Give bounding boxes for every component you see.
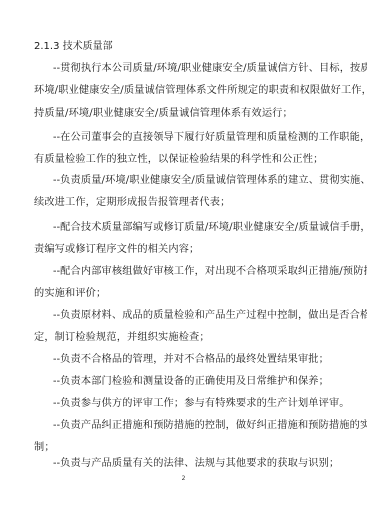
- paragraph-line: --负责质量/环境/职业健康安全/质量诚信管理体系的建立、贯彻实施、持: [53, 175, 336, 187]
- paragraph-line: 责编写或修订程序文件的相关内容；: [34, 244, 336, 256]
- paragraph-line: --负责原材料、成品的质量检验和产品生产过程中控制，做出是否合格的判: [53, 310, 336, 322]
- paragraph-line: 制；: [34, 442, 336, 454]
- paragraph-line: 环境/职业健康安全/质量诚信管理体系文件所规定的职责和权限做好工作，以保: [34, 85, 336, 97]
- paragraph-line: 的实施和评价；: [34, 288, 336, 300]
- paragraph-line: --负责产品纠正措施和预防措施的控制，做好纠正措施和预防措施的实施控: [53, 420, 336, 432]
- paragraph-line: --负责参与供方的评审工作；参与有特殊要求的生产计划单评审。: [53, 398, 336, 410]
- paragraph-line: --负责本部门检验和测量设备的正确使用及日常维护和保养；: [53, 376, 336, 388]
- paragraph-line: --配合内部审核组做好审核工作，对出现不合格项采取纠正措施/预防措施: [53, 266, 336, 278]
- section-heading: 2.1.3 技术质量部: [34, 41, 113, 53]
- paragraph-line: 定，制订检验规范，并组织实施检查；: [34, 332, 336, 344]
- paragraph-line: --负责与产品质量有关的法律、法规与其他要求的获取与识别；: [53, 458, 336, 470]
- paragraph-line: 有质量检验工作的独立性，以保证检验结果的科学性和公正性；: [34, 154, 336, 166]
- paragraph-line: 续改进工作，定期形成报告报管理者代表；: [34, 197, 336, 209]
- paragraph-line: --负责不合格品的管理，并对不合格品的最终处置结果审批；: [53, 354, 336, 366]
- paragraph-line: --贯彻执行本公司质量/环境/职业健康安全/质量诚信方针、目标，按质量/: [53, 63, 336, 75]
- paragraph-line: 持质量/环境/职业健康安全/质量诚信管理体系有效运行；: [34, 108, 336, 120]
- page-number: 2: [0, 475, 367, 482]
- document-page: 2.1.3 技术质量部 --贯彻执行本公司质量/环境/职业健康安全/质量诚信方针…: [0, 0, 367, 519]
- paragraph-line: --在公司董事会的直接领导下履行好质量管理和质量检测的工作职能，并具: [53, 132, 336, 144]
- paragraph-line: --配合技术质量部编写或修订质量/环境/职业健康安全/质量诚信手册，负: [53, 222, 336, 234]
